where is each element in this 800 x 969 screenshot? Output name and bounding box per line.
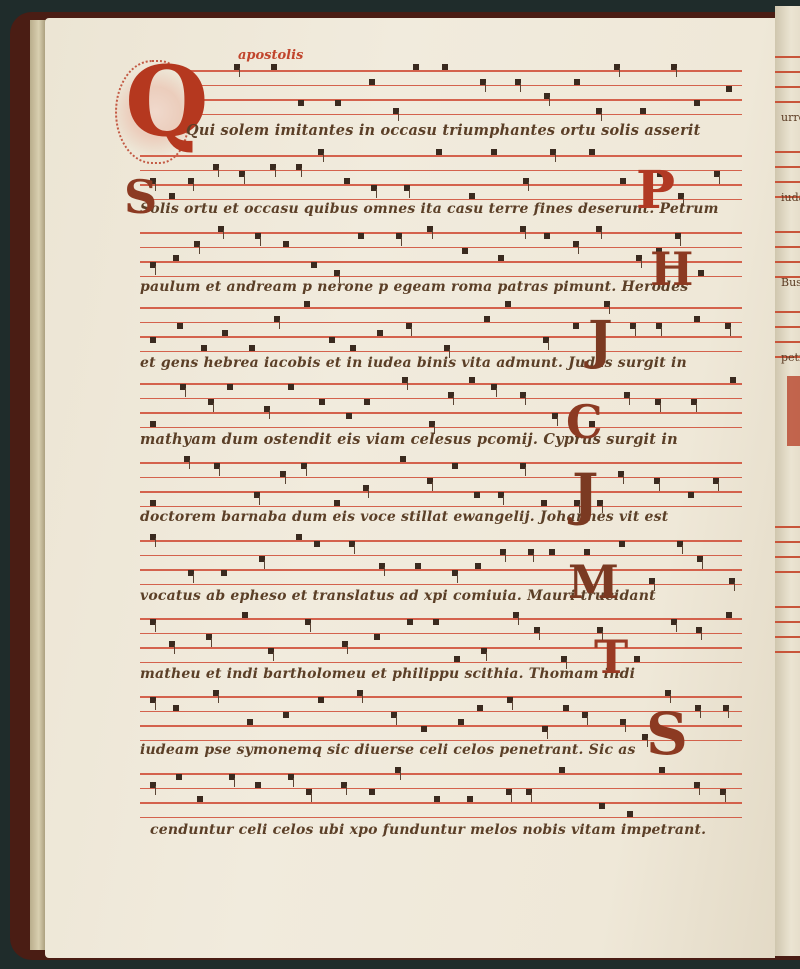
neume — [296, 164, 302, 170]
initial-sic: S — [646, 700, 688, 768]
staff-line — [140, 817, 742, 819]
neume — [491, 149, 497, 155]
staff-line — [140, 477, 742, 479]
neume — [371, 185, 377, 191]
staff-line — [140, 618, 742, 620]
neume — [506, 789, 512, 795]
neume — [283, 712, 289, 718]
facing-text: iuda — [781, 191, 800, 204]
lyric-line-2: Solis ortu et occasu quibus omnes ita ca… — [140, 201, 719, 217]
staff-line — [140, 155, 742, 157]
neume — [427, 478, 433, 484]
neume — [475, 563, 481, 569]
neume — [311, 262, 317, 268]
neume — [552, 413, 558, 419]
staff-line — [186, 70, 742, 72]
neume — [429, 421, 435, 427]
neume — [208, 399, 214, 405]
neume — [474, 492, 480, 498]
neume — [498, 492, 504, 498]
neume — [150, 421, 156, 427]
neume — [254, 492, 260, 498]
lyric-line-9: iudeam pse symonemq sic diuerse celi cel… — [140, 742, 636, 758]
neume — [694, 100, 700, 106]
neume — [454, 656, 460, 662]
neume — [379, 563, 385, 569]
staff-line — [186, 85, 742, 87]
neume — [448, 392, 454, 398]
neume — [177, 323, 183, 329]
neume — [150, 697, 156, 703]
neume — [227, 384, 233, 390]
neume — [180, 384, 186, 390]
neume — [357, 690, 363, 696]
staff-line — [140, 307, 742, 309]
neume — [150, 337, 156, 343]
staff-line — [186, 99, 742, 101]
neume — [469, 377, 475, 383]
neume — [407, 619, 413, 625]
neume — [247, 719, 253, 725]
staff-line — [140, 788, 742, 790]
neume — [619, 541, 625, 547]
neume — [319, 399, 325, 405]
neume — [688, 492, 694, 498]
neume — [498, 255, 504, 261]
neume — [271, 64, 277, 70]
neume — [259, 556, 265, 562]
neume — [599, 803, 605, 809]
neume — [691, 399, 697, 405]
staff-line — [140, 336, 742, 338]
neume — [150, 782, 156, 788]
neume — [255, 782, 261, 788]
neume — [197, 796, 203, 802]
neume — [169, 641, 175, 647]
neume — [314, 541, 320, 547]
neume — [655, 399, 661, 405]
rubric-heading: apostolis — [238, 48, 303, 63]
decorated-initial-q: Q — [115, 60, 189, 164]
neume — [720, 789, 726, 795]
neume — [255, 233, 261, 239]
neume — [730, 377, 736, 383]
neume — [268, 648, 274, 654]
neume — [173, 255, 179, 261]
neume — [675, 233, 681, 239]
neume — [221, 570, 227, 576]
neume — [395, 767, 401, 773]
neume — [329, 337, 335, 343]
staff-line — [140, 462, 742, 464]
neume — [544, 233, 550, 239]
neume — [377, 330, 383, 336]
neume — [304, 301, 310, 307]
neume — [436, 149, 442, 155]
neume — [491, 384, 497, 390]
neume — [288, 384, 294, 390]
facing-text: urro — [781, 111, 800, 124]
neume — [481, 648, 487, 654]
neume — [229, 774, 235, 780]
initial-mauri: M — [568, 555, 619, 609]
neume — [184, 456, 190, 462]
neume — [620, 719, 626, 725]
neume — [150, 262, 156, 268]
neume — [176, 774, 182, 780]
neume — [442, 64, 448, 70]
facing-page: urro iuda Bus petra — [775, 6, 800, 956]
neume — [452, 570, 458, 576]
neume — [505, 301, 511, 307]
staff-line — [140, 633, 742, 635]
staff-line — [140, 491, 742, 493]
neume — [363, 485, 369, 491]
neume — [714, 171, 720, 177]
neume — [694, 782, 700, 788]
facing-text: petra — [781, 351, 800, 364]
neume — [264, 406, 270, 412]
staff-line — [140, 322, 742, 324]
neume — [543, 337, 549, 343]
neume — [484, 316, 490, 322]
neume — [150, 534, 156, 540]
neume — [421, 726, 427, 732]
neume — [559, 767, 565, 773]
neume — [563, 705, 569, 711]
neume — [695, 705, 701, 711]
neume — [649, 578, 655, 584]
neume — [678, 193, 684, 199]
neume — [654, 478, 660, 484]
staff-line — [140, 398, 742, 400]
neume — [242, 612, 248, 618]
neume — [342, 641, 348, 647]
neume — [636, 255, 642, 261]
neume — [341, 782, 347, 788]
neume — [541, 500, 547, 506]
neume — [549, 549, 555, 555]
neume — [234, 64, 240, 70]
neume — [723, 705, 729, 711]
neume — [400, 456, 406, 462]
neume — [713, 478, 719, 484]
neume — [334, 270, 340, 276]
neume — [561, 656, 567, 662]
neume — [467, 796, 473, 802]
neume — [726, 86, 732, 92]
neume — [604, 301, 610, 307]
neume — [624, 392, 630, 398]
neume — [369, 789, 375, 795]
neume — [270, 164, 276, 170]
staff-line — [140, 555, 742, 557]
staff-line — [140, 647, 742, 649]
staff-line — [140, 351, 742, 353]
neume — [477, 705, 483, 711]
neume — [283, 241, 289, 247]
neume — [206, 634, 212, 640]
staff-line — [186, 114, 742, 116]
neume — [523, 178, 529, 184]
neume — [544, 93, 550, 99]
initial-johannes: J — [572, 462, 599, 528]
neume — [188, 178, 194, 184]
neume — [334, 500, 340, 506]
facing-text: Bus — [781, 276, 800, 289]
neume — [574, 79, 580, 85]
neume — [213, 690, 219, 696]
neume — [213, 164, 219, 170]
neume — [677, 541, 683, 547]
neume — [188, 570, 194, 576]
neume — [249, 345, 255, 351]
staff-line — [140, 569, 742, 571]
neume — [526, 789, 532, 795]
neume — [406, 323, 412, 329]
neume — [534, 627, 540, 633]
neume — [507, 697, 513, 703]
neume — [671, 619, 677, 625]
neume — [584, 549, 590, 555]
neume — [550, 149, 556, 155]
neume — [364, 399, 370, 405]
neume — [480, 79, 486, 85]
neume — [280, 471, 286, 477]
neume — [596, 108, 602, 114]
neume — [301, 463, 307, 469]
neume — [427, 226, 433, 232]
neume — [614, 64, 620, 70]
neume — [528, 549, 534, 555]
staff-line — [140, 584, 742, 586]
neume — [318, 697, 324, 703]
neume — [393, 108, 399, 114]
neume — [404, 185, 410, 191]
neume — [218, 226, 224, 232]
neume — [726, 612, 732, 618]
neume — [433, 619, 439, 625]
neume — [346, 413, 352, 419]
neume — [671, 64, 677, 70]
neume — [222, 330, 228, 336]
staff-line — [140, 427, 742, 429]
lyric-line-10: cenduntur celi celos ubi xpo funduntur m… — [150, 822, 706, 838]
staff-line — [140, 412, 742, 414]
initial-petrum: P — [636, 160, 675, 221]
neume — [513, 612, 519, 618]
neume — [396, 233, 402, 239]
neume — [573, 241, 579, 247]
neume — [444, 345, 450, 351]
staff-line — [140, 696, 742, 698]
staff-line — [140, 662, 742, 664]
neume — [391, 712, 397, 718]
neume — [520, 463, 526, 469]
neume — [520, 226, 526, 232]
neume — [698, 270, 704, 276]
neume — [150, 619, 156, 625]
neume — [350, 345, 356, 351]
neume — [725, 323, 731, 329]
neume — [194, 241, 200, 247]
neume — [573, 323, 579, 329]
neume — [296, 534, 302, 540]
neume — [298, 100, 304, 106]
neume — [582, 712, 588, 718]
neume — [500, 549, 506, 555]
neume — [515, 79, 521, 85]
neume — [656, 323, 662, 329]
neume — [402, 377, 408, 383]
neume — [520, 392, 526, 398]
staff-line — [140, 802, 742, 804]
neume — [434, 796, 440, 802]
neume — [169, 193, 175, 199]
neume — [335, 100, 341, 106]
initial-thomam: T — [594, 630, 628, 684]
neume — [413, 64, 419, 70]
neume — [696, 627, 702, 633]
neume — [589, 149, 595, 155]
neume — [462, 248, 468, 254]
staff-line — [140, 540, 742, 542]
neume — [640, 108, 646, 114]
lyric-line-8: matheu et indi bartholomeu et philippu s… — [140, 666, 635, 682]
neume — [596, 226, 602, 232]
neume — [150, 500, 156, 506]
neume — [729, 578, 735, 584]
neume — [415, 563, 421, 569]
neume — [542, 726, 548, 732]
neume — [618, 471, 624, 477]
neume — [697, 556, 703, 562]
neume — [239, 171, 245, 177]
neume — [620, 178, 626, 184]
initial-judas: J — [588, 310, 613, 371]
lyric-line-1: Qui solem imitantes in occasu triumphant… — [186, 122, 701, 139]
neume — [630, 323, 636, 329]
neume — [305, 619, 311, 625]
neume — [349, 541, 355, 547]
neume — [358, 233, 364, 239]
neume — [665, 690, 671, 696]
neume — [369, 79, 375, 85]
neume — [634, 656, 640, 662]
neume — [201, 345, 207, 351]
lyric-line-3: paulum et andream p nerone p egeam roma … — [140, 279, 688, 295]
neume — [374, 634, 380, 640]
neume — [306, 789, 312, 795]
initial-herodes: H — [650, 242, 693, 296]
neume — [694, 316, 700, 322]
neume — [274, 316, 280, 322]
neume — [458, 719, 464, 725]
neume — [469, 193, 475, 199]
neume — [452, 463, 458, 469]
staff-line — [140, 232, 742, 234]
initial-cyprus: C — [566, 395, 603, 449]
neume — [627, 811, 633, 817]
neume — [173, 705, 179, 711]
neume — [344, 178, 350, 184]
neume — [214, 463, 220, 469]
neume — [288, 774, 294, 780]
neume — [318, 149, 324, 155]
initial-solis: S — [124, 170, 157, 224]
staff-line — [140, 506, 742, 508]
